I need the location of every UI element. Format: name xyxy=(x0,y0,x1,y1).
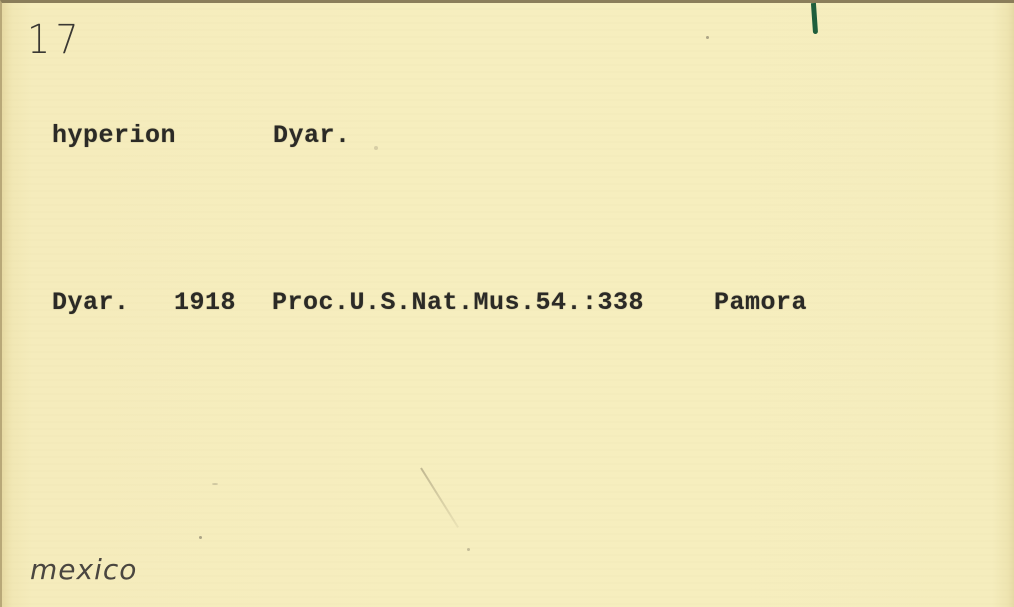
green-tab-mark xyxy=(811,3,818,34)
reference-genus: Pamora xyxy=(714,288,807,317)
paper-speck xyxy=(706,36,709,39)
paper-speck xyxy=(212,483,218,485)
card-number: 17 xyxy=(27,17,84,63)
paper-speck xyxy=(467,548,470,551)
species-author: Dyar. xyxy=(273,121,351,150)
reference-year: 1918 xyxy=(174,288,236,317)
reference-author: Dyar. xyxy=(52,288,130,317)
reference-publication: Proc.U.S.Nat.Mus.54.:338 xyxy=(272,288,644,317)
locality-note: mexico xyxy=(30,553,137,586)
paper-speck xyxy=(374,146,378,150)
index-card: 17 hyperion Dyar. Dyar. 1918 Proc.U.S.Na… xyxy=(0,0,1014,607)
paper-speck xyxy=(199,536,202,539)
paper-scratch xyxy=(420,467,459,527)
species-name: hyperion xyxy=(52,121,176,150)
